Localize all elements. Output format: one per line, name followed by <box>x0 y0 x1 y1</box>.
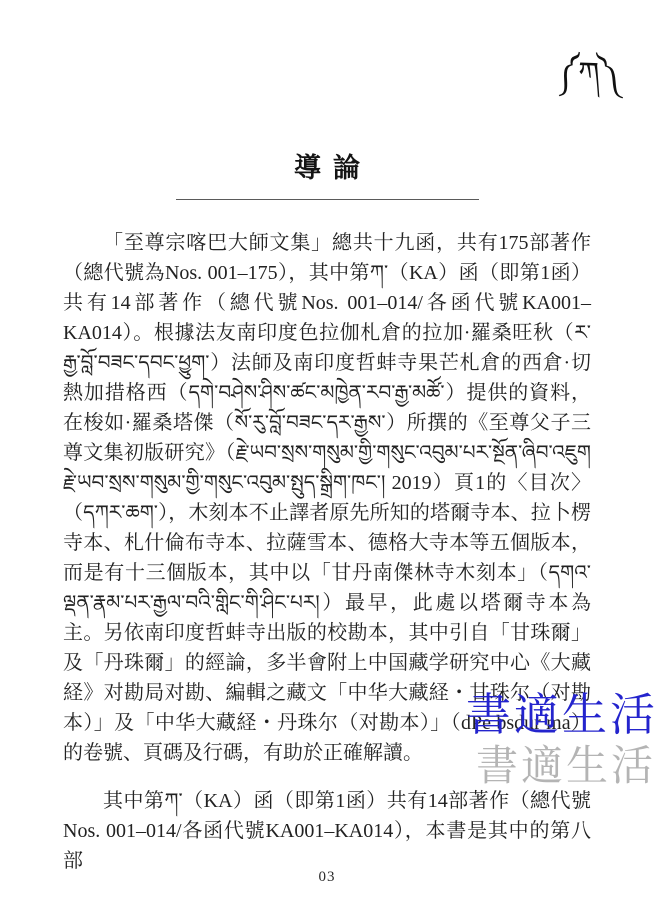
tibetan-folio-marker: ༼ཀ༽ <box>554 39 621 125</box>
body-text: 「至尊宗喀巴大師文集」總共十九函，共有175部著作（總代號為Nos. 001–1… <box>63 228 591 876</box>
title-divider-rule <box>176 199 479 200</box>
paragraph-2: 其中第ཀ་（KA）函（即第1函）共有14部著作（總代號Nos. 001–014/… <box>63 786 591 876</box>
page-number: 03 <box>0 869 654 886</box>
paragraph-1: 「至尊宗喀巴大師文集」總共十九函，共有175部著作（總代號為Nos. 001–1… <box>63 228 591 768</box>
page-title: 導論 <box>0 0 654 185</box>
